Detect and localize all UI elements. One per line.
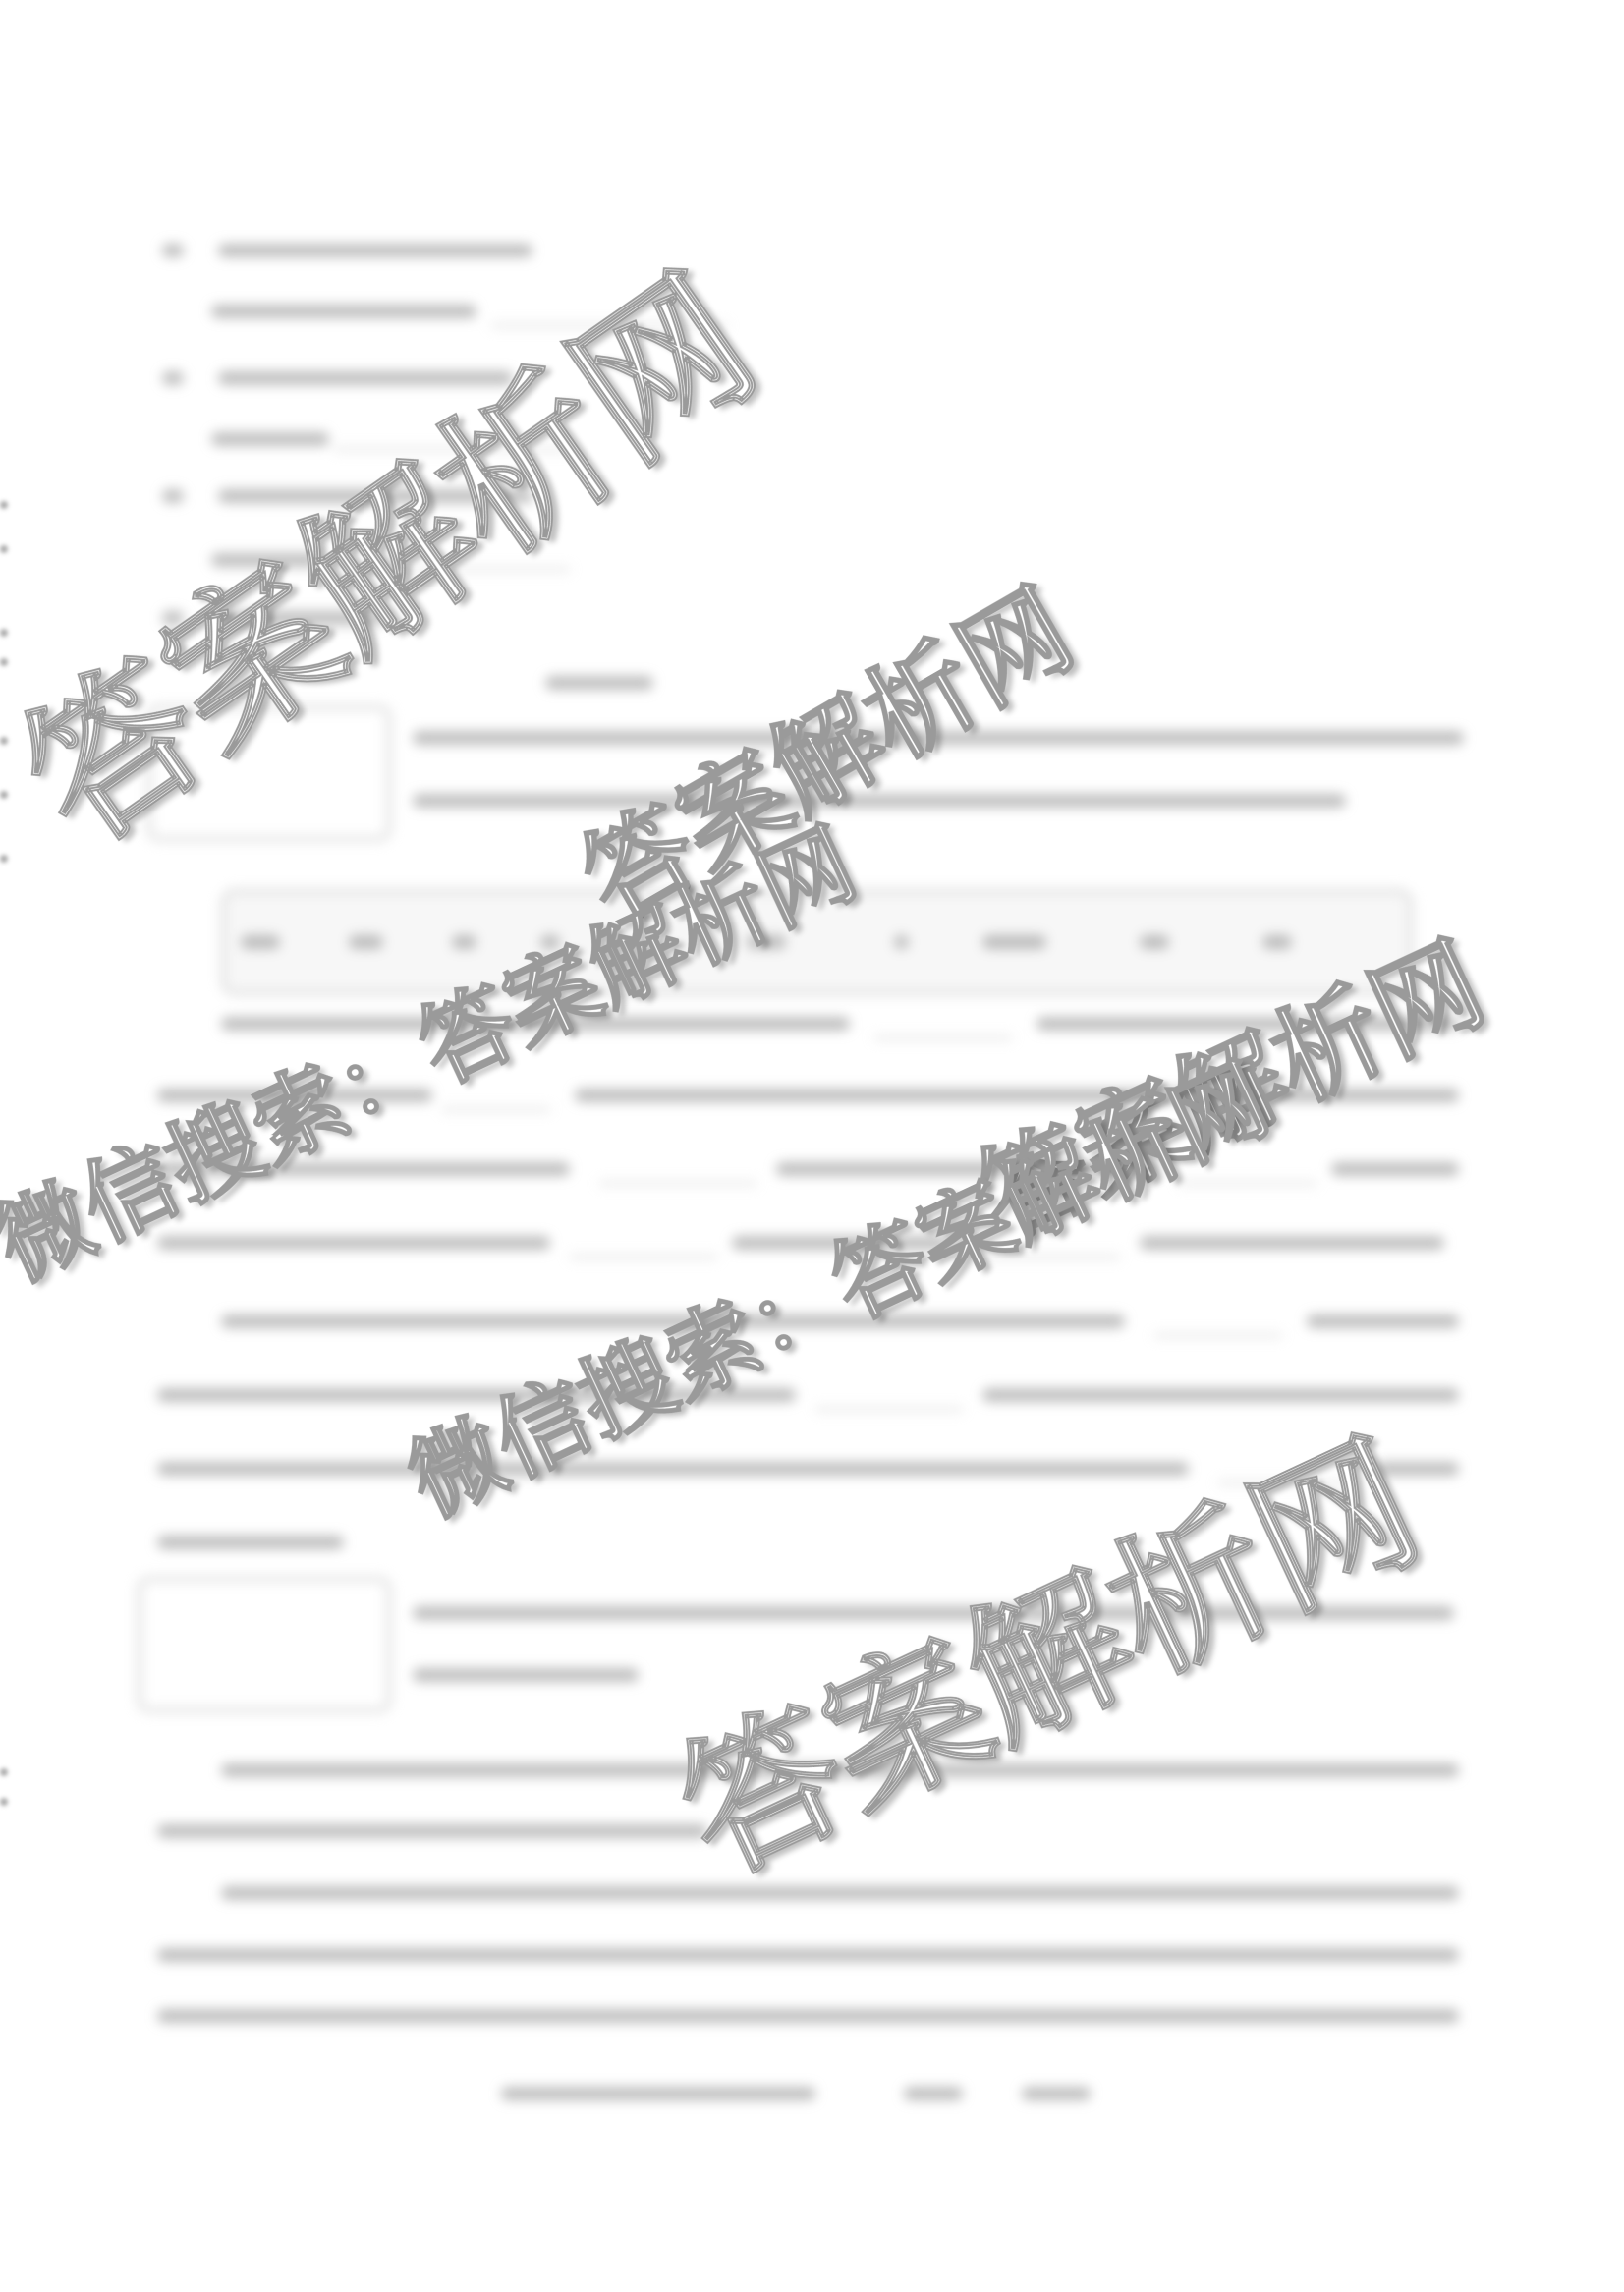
watermark: 答案解析网 [640,1378,1447,1916]
